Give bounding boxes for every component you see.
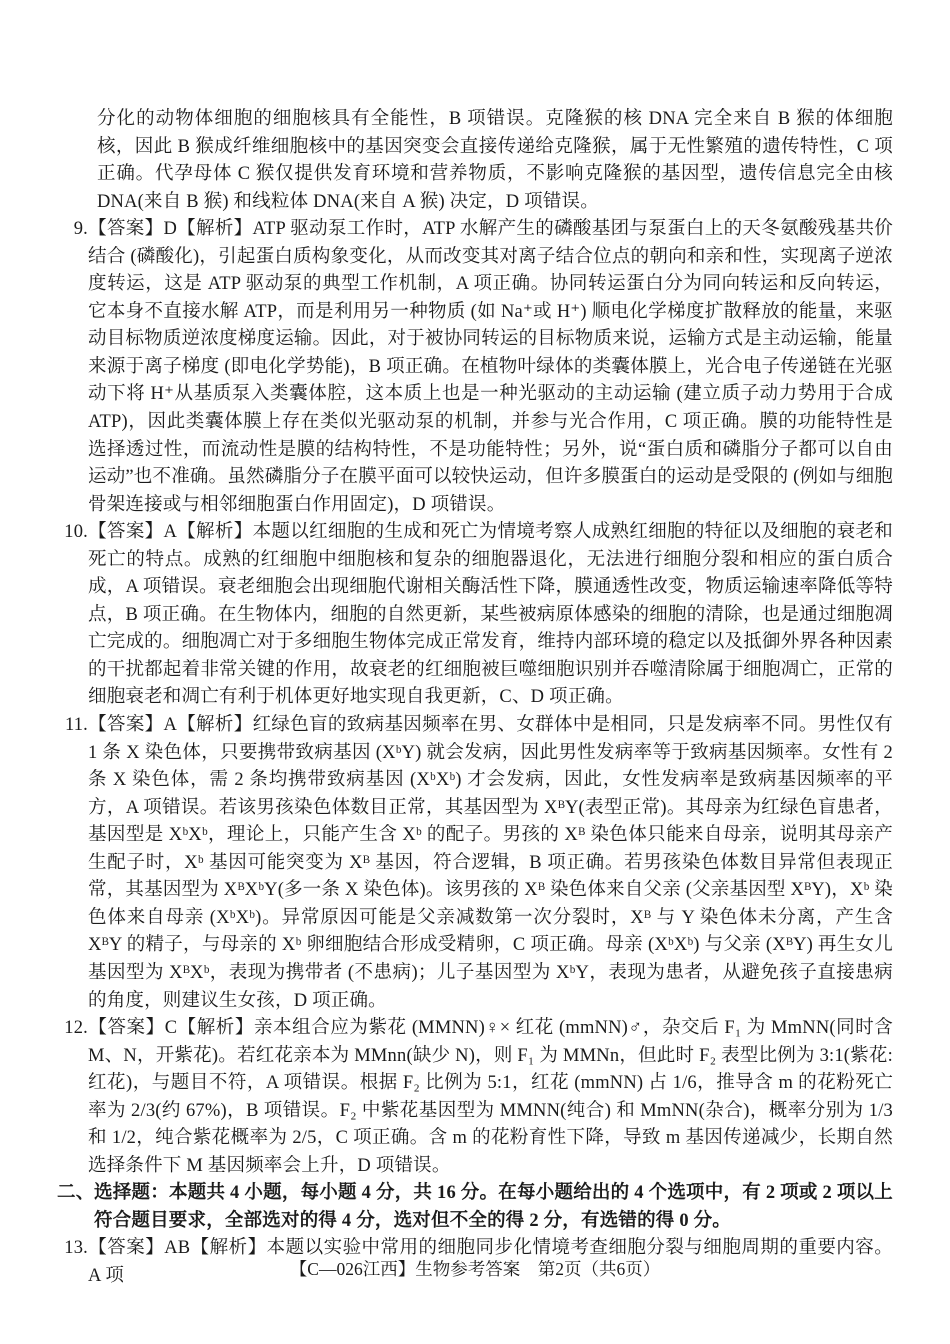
page-footer: 【C—026江西】生物参考答案 第2页（共6页） xyxy=(0,1256,950,1281)
item-number: 9. xyxy=(57,216,88,244)
section-text: 选择题：本题共 4 小题，每小题 4 分，共 16 分。在每小题给出的 4 个选… xyxy=(94,1183,893,1231)
answer-text: 【答案】C【解析】亲本组合应为紫花 (MMNN)♀× 红花 (mmNN)♂，杂交… xyxy=(88,1018,893,1176)
answer-item-12: 12.【答案】C【解析】亲本组合应为紫花 (MMNN)♀× 红花 (mmNN)♂… xyxy=(57,1015,893,1180)
answer-text: 【答案】A【解析】本题以红细胞的生成和死亡为情境考察人成熟红细胞的特征以及细胞的… xyxy=(88,522,893,707)
section-header: 二、选择题：本题共 4 小题，每小题 4 分，共 16 分。在每小题给出的 4 … xyxy=(57,1180,893,1235)
item-number: 12. xyxy=(57,1015,88,1043)
continued-paragraph: 分化的动物体细胞的细胞核具有全能性，B 项错误。克隆猴的核 DNA 完全来自 B… xyxy=(57,106,893,216)
answer-sheet-page: 分化的动物体细胞的细胞核具有全能性，B 项错误。克隆猴的核 DNA 完全来自 B… xyxy=(0,0,950,1344)
page-content: 分化的动物体细胞的细胞核具有全能性，B 项错误。克隆猴的核 DNA 完全来自 B… xyxy=(57,106,893,1291)
answer-item-10: 10.【答案】A【解析】本题以红细胞的生成和死亡为情境考察人成熟红细胞的特征以及… xyxy=(57,519,893,712)
item-number: 10. xyxy=(57,519,88,547)
answer-text: 【答案】D【解析】ATP 驱动泵工作时，ATP 水解产生的磷酸基团与泵蛋白上的天… xyxy=(88,219,893,514)
section-number: 二、 xyxy=(57,1180,94,1208)
footer-text: 【C—026江西】生物参考答案 第2页（共6页） xyxy=(290,1259,660,1279)
item-number: 11. xyxy=(57,712,88,740)
answer-item-9: 9.【答案】D【解析】ATP 驱动泵工作时，ATP 水解产生的磷酸基团与泵蛋白上… xyxy=(57,216,893,519)
answer-text: 【答案】A【解析】红绿色盲的致病基因频率在男、女群体中是相同，只是发病率不同。男… xyxy=(88,715,893,1010)
answer-item-11: 11.【答案】A【解析】红绿色盲的致病基因频率在男、女群体中是相同，只是发病率不… xyxy=(57,712,893,1015)
paragraph-text: 分化的动物体细胞的细胞核具有全能性，B 项错误。克隆猴的核 DNA 完全来自 B… xyxy=(97,109,893,212)
